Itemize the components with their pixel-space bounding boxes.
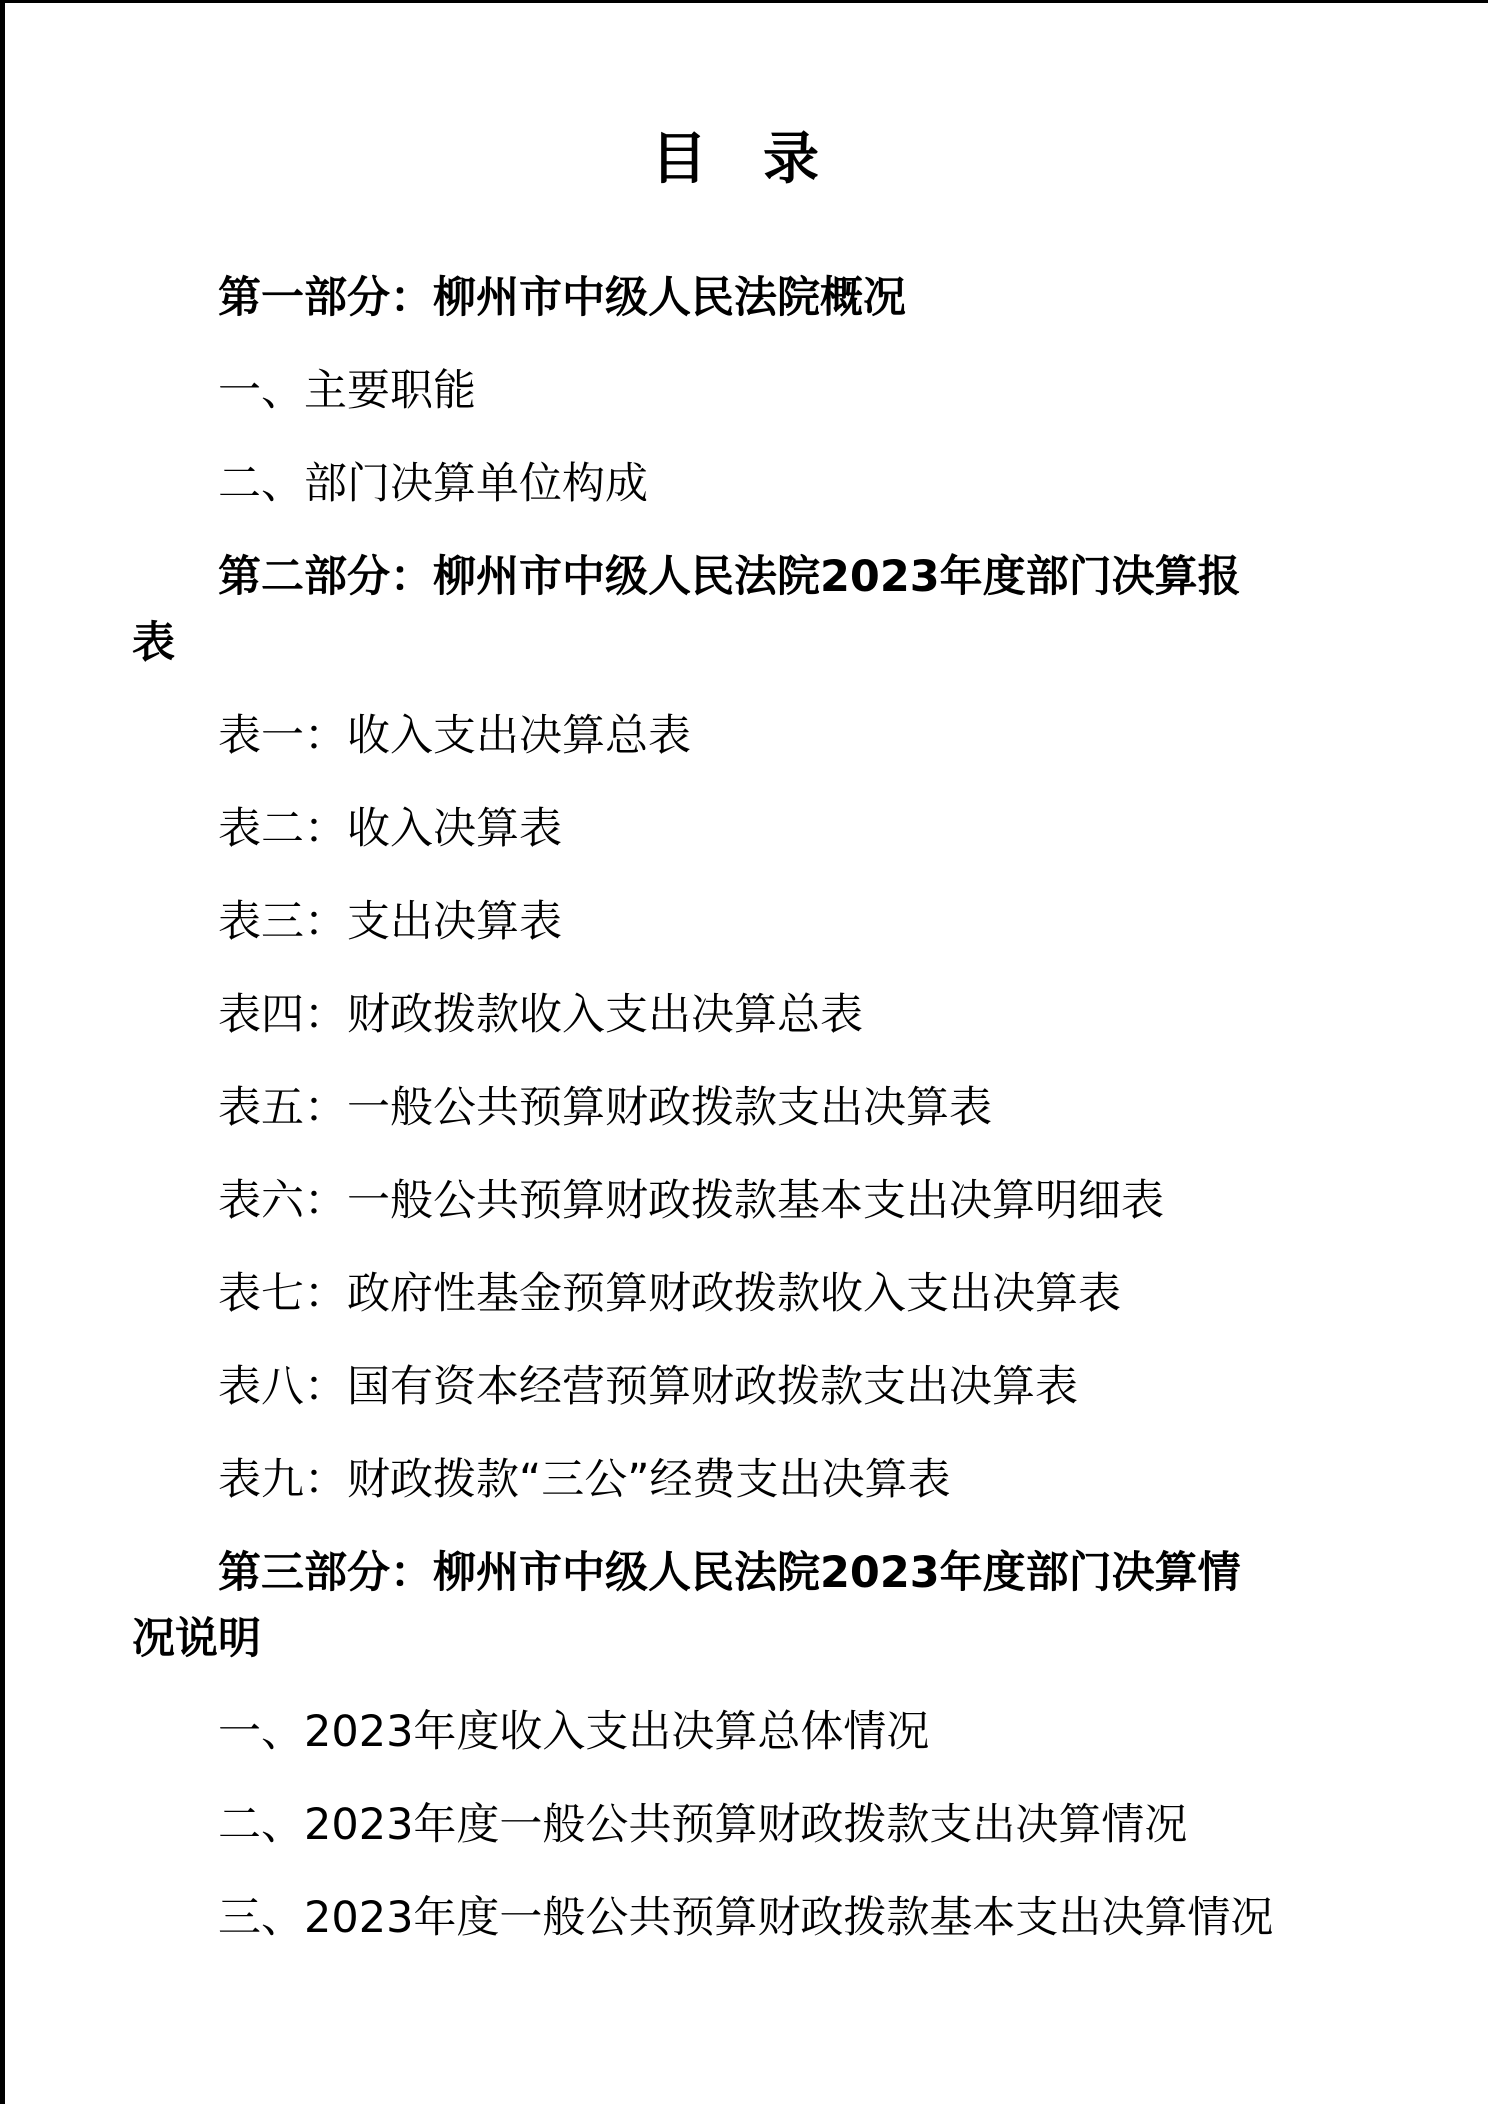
- page-title: 目 录: [132, 128, 1338, 192]
- section-1: 第一部分：柳州市中级人民法院概况 一、主要职能 二、部门决算单位构成: [132, 265, 1338, 517]
- toc-item: 表二：收入决算表: [132, 796, 1338, 862]
- toc-item: 表三：支出决算表: [132, 889, 1338, 955]
- toc-item: 表五：一般公共预算财政拨款支出决算表: [132, 1075, 1338, 1141]
- section-1-heading: 第一部分：柳州市中级人民法院概况: [132, 265, 1338, 331]
- section-2-heading: 第二部分：柳州市中级人民法院2023年度部门决算报 表: [132, 544, 1338, 676]
- section-2: 第二部分：柳州市中级人民法院2023年度部门决算报 表 表一：收入支出决算总表 …: [132, 544, 1338, 1513]
- toc-item: 表六：一般公共预算财政拨款基本支出决算明细表: [132, 1168, 1338, 1234]
- heading-line: 况说明: [132, 1606, 1338, 1672]
- section-3-heading: 第三部分：柳州市中级人民法院2023年度部门决算情 况说明: [132, 1540, 1338, 1672]
- toc-item: 一、主要职能: [132, 358, 1338, 424]
- toc-item: 一、2023年度收入支出决算总体情况: [132, 1699, 1338, 1765]
- toc-item: 二、2023年度一般公共预算财政拨款支出决算情况: [132, 1792, 1338, 1858]
- toc-item: 表八：国有资本经营预算财政拨款支出决算表: [132, 1354, 1338, 1420]
- section-3: 第三部分：柳州市中级人民法院2023年度部门决算情 况说明 一、2023年度收入…: [132, 1540, 1338, 1951]
- toc-item: 表七：政府性基金预算财政拨款收入支出决算表: [132, 1261, 1338, 1327]
- toc-page: 目 录 第一部分：柳州市中级人民法院概况 一、主要职能 二、部门决算单位构成 第…: [0, 0, 1488, 1951]
- toc-item: 二、部门决算单位构成: [132, 451, 1338, 517]
- heading-line: 第三部分：柳州市中级人民法院2023年度部门决算情: [132, 1540, 1338, 1606]
- heading-line: 第二部分：柳州市中级人民法院2023年度部门决算报: [132, 544, 1338, 610]
- toc-item: 表四：财政拨款收入支出决算总表: [132, 982, 1338, 1048]
- toc-item: 表一：收入支出决算总表: [132, 703, 1338, 769]
- heading-line: 表: [132, 610, 1338, 676]
- toc-item: 三、2023年度一般公共预算财政拨款基本支出决算情况: [132, 1885, 1338, 1951]
- toc-item: 表九：财政拨款“三公”经费支出决算表: [132, 1447, 1338, 1513]
